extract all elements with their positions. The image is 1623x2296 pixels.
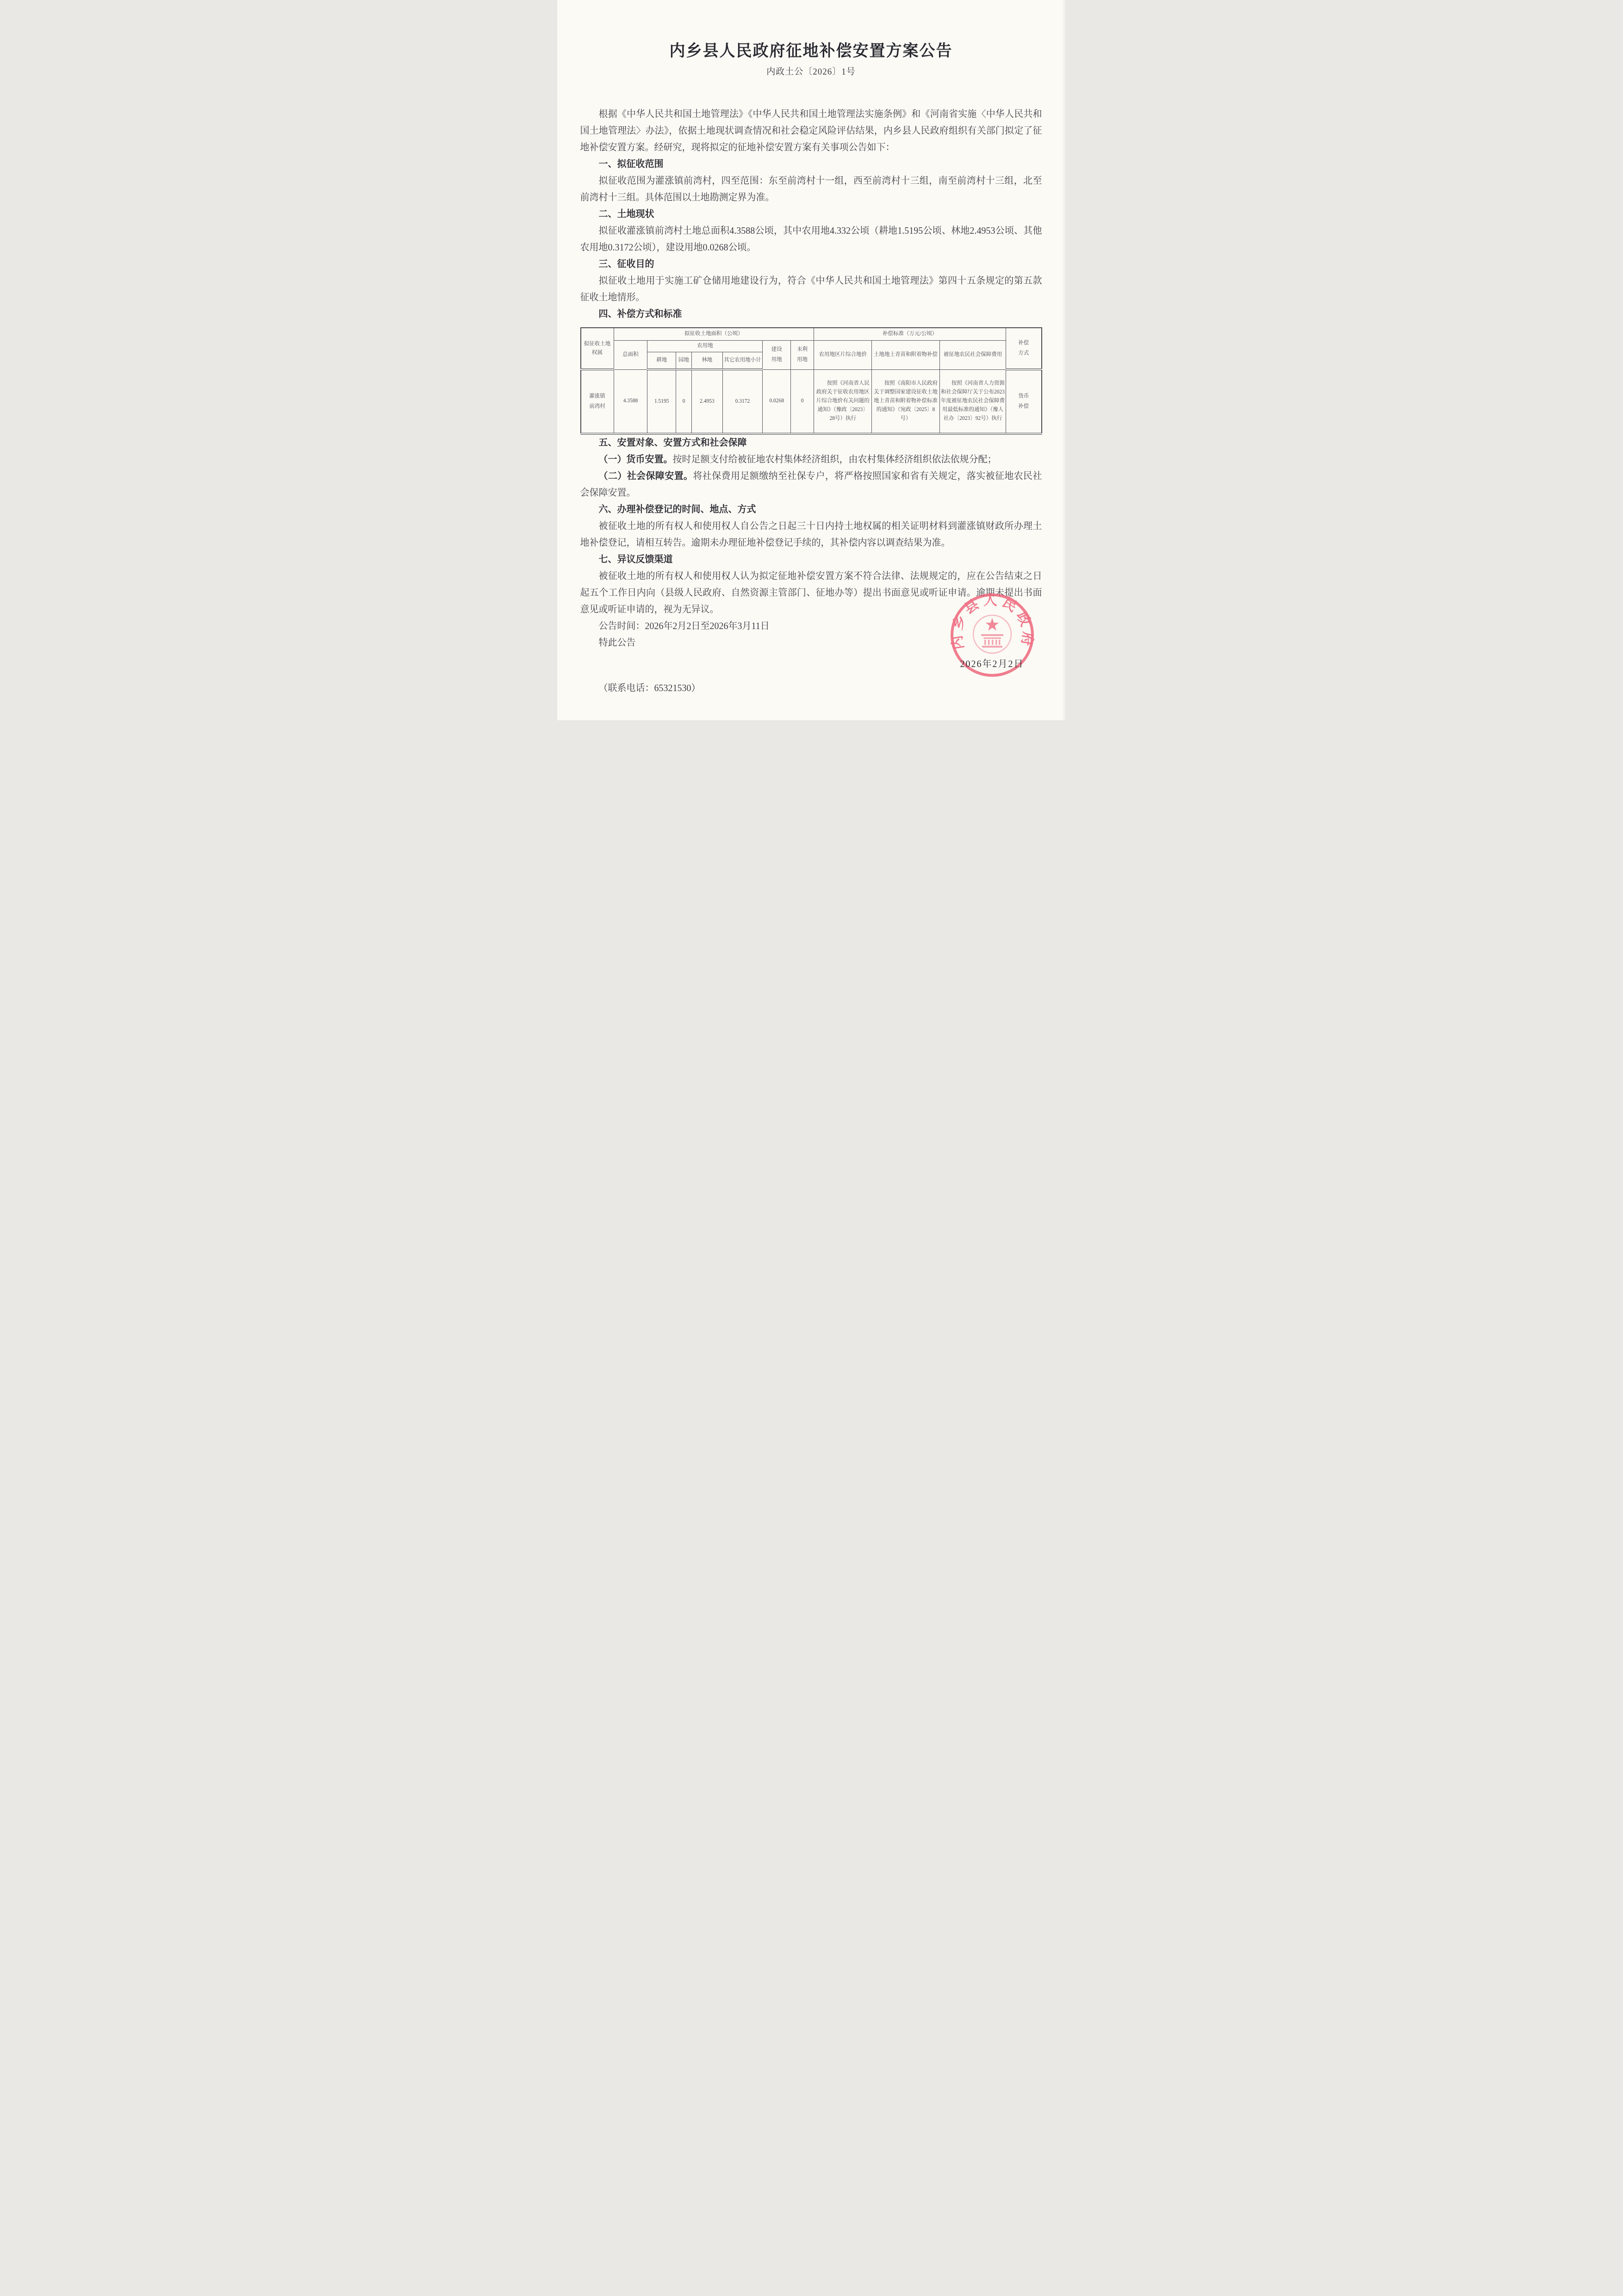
col-group-farmland: 农用地 (647, 340, 763, 352)
item-1-body: 按时足额支付给被征地农村集体经济组织，由农村集体经济组织依法依规分配； (673, 455, 997, 465)
cell-social-security-fee: 按照《河南省人力资源和社会保障厅关于公布2023年度被征地农民社会保障费用最低标… (939, 369, 1006, 434)
cell-seedling-compensation: 按照《南阳市人民政府关于调整国家建设征收土地地上青苗和附着物补偿标准的通知》（宛… (872, 369, 939, 434)
cell-forest: 2.4953 (692, 369, 723, 434)
col-header-garden: 园地 (676, 352, 692, 369)
col-header-comprehensive-price: 农用地区片综合地价 (814, 340, 871, 369)
item-2-lead: （二）社会保障安置。 (599, 471, 693, 481)
cell-other-subtotal: 0.3172 (722, 369, 763, 434)
col-group-area: 拟征收土地面积（公顷） (614, 328, 814, 340)
section-2-body: 拟征收灌涨镇前湾村土地总面积4.3588公顷，其中农用地4.332公顷（耕地1.… (580, 223, 1042, 256)
col-group-standard: 补偿标准（万元/公顷） (814, 328, 1006, 340)
col-header-social-security-fee: 被征地农民社会保障费用 (939, 340, 1006, 369)
col-header-cultivated: 耕地 (647, 352, 676, 369)
col-header-ownership: 拟征收土地权属 (581, 328, 614, 369)
col-header-seedling-compensation: 土地地上青苗和附着物补偿 (872, 340, 939, 369)
col-header-total-area: 总面积 (614, 340, 647, 369)
document-number: 内政土公〔2026〕1号 (580, 66, 1042, 78)
cell-comprehensive-price: 按照《河南省人民政府关于征收农用地区片综合地价有关问题的通知》（豫政〔2023〕… (814, 369, 871, 434)
section-6-body: 被征收土地的所有权人和使用权人自公告之日起三十日内持土地权属的相关证明材料到灌涨… (580, 518, 1042, 551)
seal-date: 2026年2月2日 (944, 657, 1040, 671)
cell-garden: 0 (676, 369, 692, 434)
cell-ownership: 灌涨镇前湾村 (581, 369, 614, 434)
col-header-forest: 林地 (692, 352, 723, 369)
section-5-heading: 五、安置对象、安置方式和社会保障 (580, 435, 1042, 451)
section-3-body: 拟征收土地用于实施工矿仓储用地建设行为，符合《中华人民共和国土地管理法》第四十五… (580, 273, 1042, 306)
announcement-document: 内乡县人民政府征地补偿安置方案公告 内政土公〔2026〕1号 根据《中华人民共和… (557, 0, 1066, 720)
seal-emblem (981, 634, 1003, 648)
cell-total-area: 4.3588 (614, 369, 647, 434)
intro-paragraph: 根据《中华人民共和国土地管理法》《中华人民共和国土地管理法实施条例》和《河南省实… (580, 106, 1042, 156)
seal-star-icon (985, 618, 999, 630)
col-header-unused: 未利用地 (791, 340, 814, 369)
cell-cultivated: 1.5195 (647, 369, 676, 434)
item-1-lead: （一）货币安置。 (599, 455, 673, 465)
section-5-item-2: （二）社会保障安置。将社保费用足额缴纳至社保专户，将严格按照国家和省有关规定，落… (580, 468, 1042, 501)
col-header-method: 补偿方式 (1006, 328, 1042, 369)
section-1-heading: 一、拟征收范围 (580, 156, 1042, 173)
document-title: 内乡县人民政府征地补偿安置方案公告 (580, 41, 1042, 61)
cell-unused: 0 (791, 369, 814, 434)
section-2-heading: 二、土地现状 (580, 206, 1042, 223)
section-5-item-1: （一）货币安置。按时足额支付给被征地农村集体经济组织，由农村集体经济组织依法依规… (580, 451, 1042, 468)
section-4-heading: 四、补偿方式和标准 (580, 306, 1042, 323)
col-header-other-subtotal: 其它农用地小计 (722, 352, 763, 369)
cell-construction: 0.0268 (763, 369, 791, 434)
col-header-construction: 建设用地 (763, 340, 791, 369)
section-3-heading: 三、征收目的 (580, 256, 1042, 273)
section-6-heading: 六、办理补偿登记的时间、地点、方式 (580, 501, 1042, 518)
cell-method: 货币补偿 (1006, 369, 1042, 434)
section-7-heading: 七、异议反馈渠道 (580, 551, 1042, 568)
contact-phone: （联系电话：65321530） (580, 680, 1042, 697)
table-row: 灌涨镇前湾村 4.3588 1.5195 0 2.4953 0.3172 0.0… (581, 369, 1042, 434)
compensation-table: 拟征收土地权属 拟征收土地面积（公顷） 补偿标准（万元/公顷） 补偿方式 总面积… (580, 327, 1042, 435)
section-1-body: 拟征收范围为灌涨镇前湾村，四至范围：东至前湾村十一组，西至前湾村十三组，南至前湾… (580, 173, 1042, 206)
